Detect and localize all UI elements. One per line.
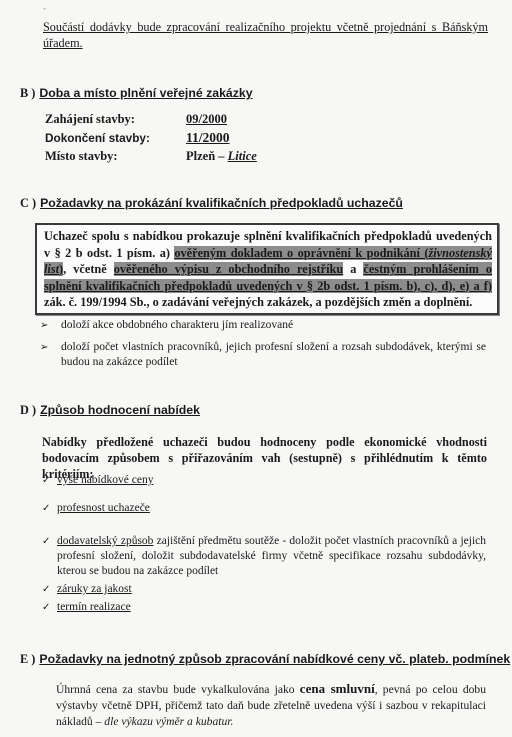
place-label: Místo stavby: xyxy=(45,147,186,166)
end-value: 11/2000 xyxy=(186,130,230,145)
end-label: Dokončení stavby: xyxy=(45,129,186,148)
list-item: ✓dodavatelský způsob zajištění předmětu … xyxy=(40,534,486,579)
section-e-heading: E )Požadavky na jednotný způsob zpracová… xyxy=(20,652,510,667)
section-c-title: Požadavky na prokázání kvalifikačních př… xyxy=(40,196,403,210)
list-item: ✓výše nabídkové ceny xyxy=(40,473,486,488)
list-item: ✓profesnost uchazeče xyxy=(40,501,486,516)
contract-price-emphasis: cena smluvní xyxy=(300,681,375,696)
highlight-register-extract: ověřeného výpisu z obchodního rejstříku xyxy=(114,262,343,276)
section-d-letter: D ) xyxy=(20,403,36,417)
section-d-title: Způsob hodnocení nabídek xyxy=(40,403,200,417)
qualification-box: Uchazeč spolu s nabídkou prokazuje splně… xyxy=(35,223,499,315)
list-item: ✓záruky za jakost xyxy=(40,582,486,597)
section-b-title: Doba a místo plnění veřejné zakázky xyxy=(39,86,252,100)
check-icon: ✓ xyxy=(42,582,50,597)
place-italic: Litice xyxy=(228,149,257,163)
intro-paragraph: Součástí dodávky bude zpracování realiza… xyxy=(43,19,488,51)
section-e-letter: E ) xyxy=(20,652,35,666)
price-paragraph: Úhrnná cena za stavbu bude vykalkulována… xyxy=(56,681,486,730)
start-row: Zahájení stavby:09/2000 xyxy=(45,110,257,129)
c-bullet-list: ➢doloží akce obdobného charakteru jím re… xyxy=(40,318,486,377)
schedule-table: Zahájení stavby:09/2000 Dokončení stavby… xyxy=(45,110,257,166)
list-item: ✓termín realizace xyxy=(40,600,486,615)
section-c-letter: C ) xyxy=(20,196,36,210)
section-c-heading: C )Požadavky na prokázání kvalifikačních… xyxy=(20,196,403,211)
arrow-bullet-icon: ➢ xyxy=(40,318,48,333)
place-row: Místo stavby:Plzeň – Litice xyxy=(45,147,257,166)
start-value: 09/2000 xyxy=(186,112,227,126)
section-e-title: Požadavky na jednotný způsob zpracování … xyxy=(39,652,510,666)
check-icon: ✓ xyxy=(42,473,50,488)
list-item: ➢doloží počet vlastních pracovníků, jeji… xyxy=(40,340,486,370)
check-icon: ✓ xyxy=(42,534,50,549)
place-value: Plzeň – Litice xyxy=(186,149,257,163)
check-icon: ✓ xyxy=(42,501,50,516)
section-b-heading: B )Doba a místo plnění veřejné zakázky xyxy=(20,86,253,101)
list-item: ➢doloží akce obdobného charakteru jím re… xyxy=(40,318,486,333)
section-b-letter: B ) xyxy=(20,86,35,100)
end-row: Dokončení stavby:11/2000 xyxy=(45,129,257,148)
section-d-heading: D )Způsob hodnocení nabídek xyxy=(20,403,200,418)
check-icon: ✓ xyxy=(42,600,50,615)
scan-mark: - xyxy=(43,3,46,13)
start-label: Zahájení stavby: xyxy=(45,110,186,129)
arrow-bullet-icon: ➢ xyxy=(40,340,48,355)
